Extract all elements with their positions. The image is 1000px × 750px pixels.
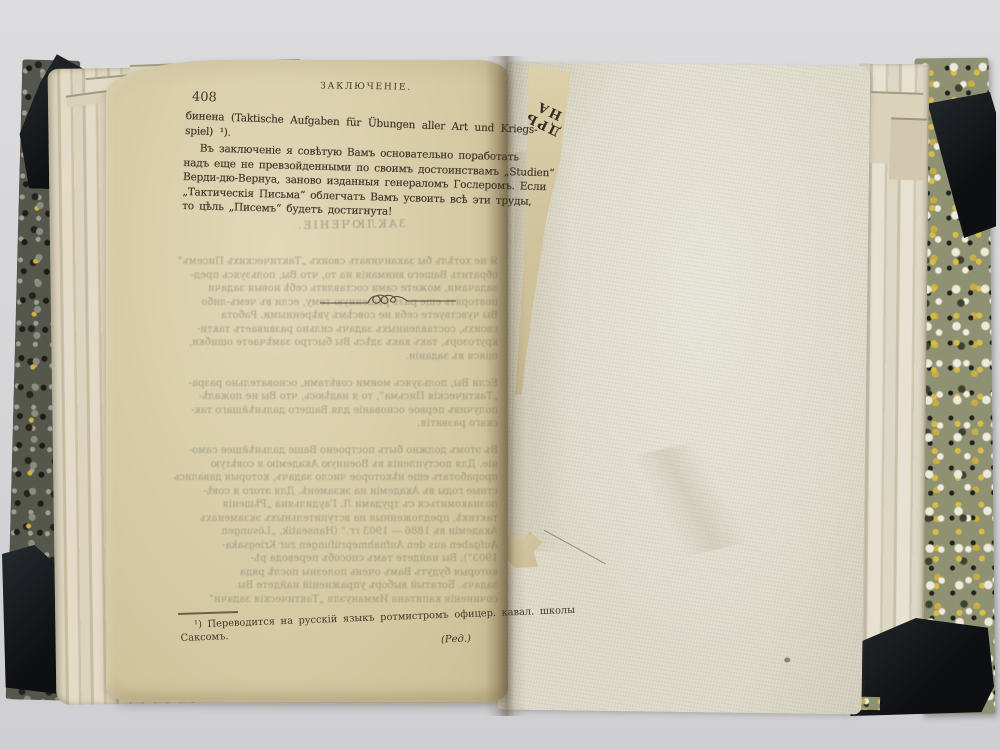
running-head: ЗАКЛЮЧЕНІЕ. [301,81,431,93]
bleedthrough-text-line: стные годы въ Академіи на экзаменѣ. Для … [164,486,498,500]
book-gutter-shadow [486,56,526,716]
bleedthrough-text-line: Если Вы, пользуясь моими совѣтами, основ… [164,378,498,392]
cloth-speck [784,657,790,662]
bleedthrough-text-line: щіяся въ заданіи. [164,351,498,365]
book-photograph: ДРЬ НА ЗАКЛЮЧЕНІЕ. 408 бинена (Taktische… [0,0,1000,750]
bleedthrough-text-line: своихъ, составленныхъ задачъ сильно разв… [164,324,498,338]
bleedthrough-text-line: Aufgaben aus den Aufnahmeprüfungen zur K… [164,540,498,554]
tailpiece-ornament-flourish [318,290,458,314]
bleedthrough-text-line: обратить Вашего вниманія на то, что Вы, … [164,270,498,284]
bleedthrough-text-line: кругозоръ, такъ какъ здѣсь Вы быстро зам… [164,337,498,351]
page-edge-step [889,117,927,180]
page-number: 408 [192,90,217,106]
bleedthrough-text-line: ніе. Для поступленія въ Военную Академію… [164,459,498,473]
bleedthrough-text-line: познакомиться съ трудами Л. Гаудильяна „… [164,499,498,513]
bleedthrough-text-line: Академіи въ 1886 — 1903 гг.“ (Hanseatik,… [164,526,498,540]
bleedthrough-text-line: Я не хотѣлъ бы заканчивать своихъ „Такти… [164,256,498,270]
bleedthrough-text-line: тактикѣ, предложенныя на вступительныхъ … [164,513,498,527]
bleedthrough-text-line: „Тактическія Письма“, то я надѣюсь, что … [164,391,498,405]
bleedthrough-text-line: задачъ. Богатый выборъ упражненій найдет… [164,580,498,594]
bleedthrough-text-line: проработать еще нѣкоторое число задачъ, … [164,472,498,486]
paragraph-conclusion: Въ заключеніе я совѣтую Вамъ основательн… [182,142,506,223]
bleedthrough-heading: ЗАКЛЮЧЕНІЕ. [256,216,446,232]
bleedthrough-text-line: сочиненія капитана Иммануэля „Тактическі… [164,594,498,608]
bleedthrough-text-line [164,364,498,378]
bleedthrough-text-line: которыя будутъ Вамъ очень полезны послѣ … [164,567,498,581]
bleedthrough-text-line: получивъ первое основаніе для Вашего дал… [164,405,498,419]
bleedthrough-text-line: 1903“). Вы найдете тамъ способъ перевода… [164,553,498,567]
tailpiece-ornament [318,290,458,316]
bleedthrough-text-line: Въ этомъ должно быть построено Ваше даль… [164,445,498,459]
footnote-signature: (Ред.) [441,633,471,645]
bleedthrough-text-line: скаго развитія. [164,418,498,432]
left-text-page: ЗАКЛЮЧЕНІЕ. 408 бинена (Taktische Aufgab… [106,60,508,702]
footnote-separator-rule [178,611,238,615]
bleedthrough-text-line [164,432,498,446]
